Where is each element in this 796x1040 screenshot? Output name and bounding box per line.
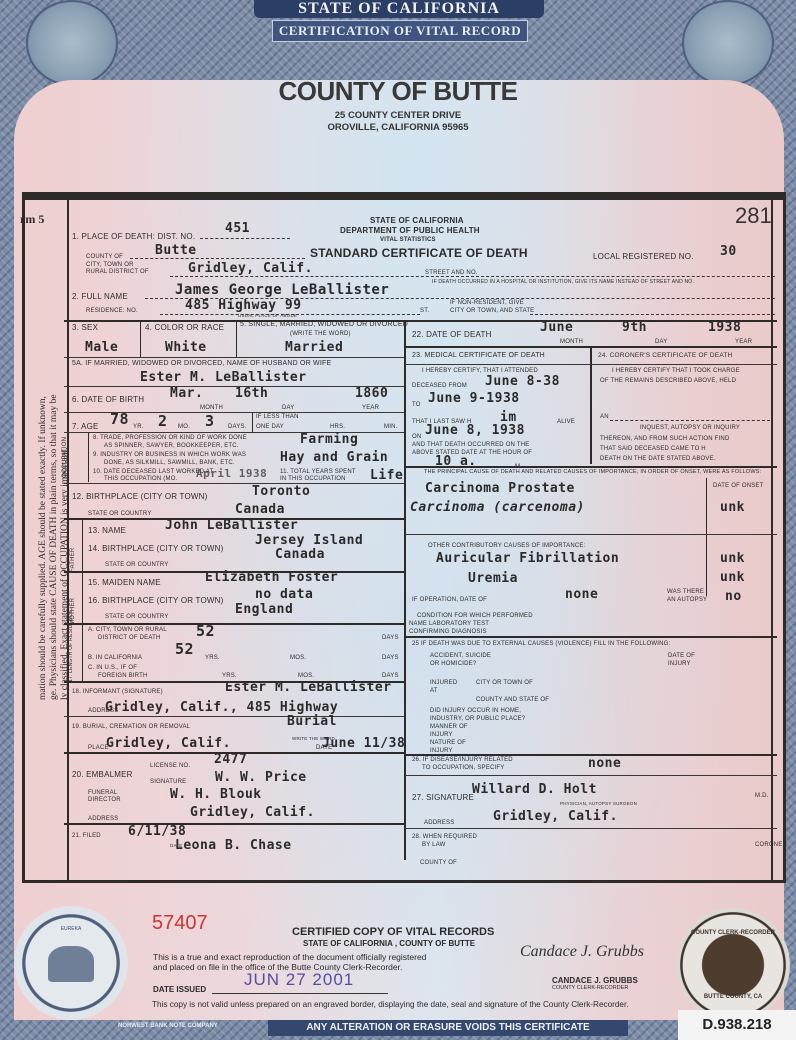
death-month: June <box>540 320 573 335</box>
state-label: STATE OF CALIFORNIA <box>370 216 464 225</box>
residence-length-side-label: 17. LENGTH OF RESIDENCE <box>68 610 74 682</box>
father-name: John LeBallister <box>165 518 298 533</box>
attended-from: June 8-38 <box>485 374 560 389</box>
residence-b-label: B. IN CALIFORNIA <box>88 655 142 661</box>
spouse-label: 5A. IF MARRIED, WIDOWED OR DIVORCED, NAM… <box>72 360 331 367</box>
occupation-side-label: OCCUPATION <box>62 437 68 478</box>
external-causes-label: 25 IF DEATH WAS DUE TO EXTERNAL CAUSES (… <box>412 641 670 647</box>
sex-label: 3. SEX <box>72 323 98 332</box>
other-causes-label: OTHER CONTRIBUTORY CAUSES OF IMPORTANCE: <box>428 543 585 549</box>
validity-notice: This copy is not valid unless prepared o… <box>152 1000 629 1009</box>
father-name-label: 13. NAME <box>88 526 126 535</box>
occupational-label-1: 26. IF DISEASE/INJURY RELATED <box>412 757 513 763</box>
age-years: 78 <box>110 410 129 428</box>
hospital-note: IF DEATH OCCURRED IN A HOSPITAL OR INSTI… <box>432 279 694 285</box>
accident-label-2: OR HOMICIDE? <box>430 661 476 667</box>
occurred-label-1: AND THAT DEATH OCCURRED ON THE <box>412 442 529 448</box>
age-days: 3 <box>205 412 215 430</box>
file-number: 281 <box>735 203 772 229</box>
law-label-2: BY LAW <box>422 842 446 848</box>
other-cause-1: Auricular Fibrillation <box>436 551 619 566</box>
informant-address: Gridley, Calif., 485 Highway <box>105 700 338 715</box>
occupational-value: none <box>588 756 621 771</box>
trade-value: Farming <box>300 432 358 447</box>
county-address-line2: OROVILLE, CALIFORNIA 95965 <box>0 122 796 133</box>
death-year-caption: YEAR <box>735 339 752 345</box>
document-id: D.938.218 <box>678 1010 796 1040</box>
filed-label: 21. FILED <box>72 833 101 839</box>
other-cause-2: Uremia <box>468 571 518 586</box>
spouse-value: Ester M. LeBallister <box>140 370 307 385</box>
sex-value: Male <box>85 340 118 355</box>
mo-caption: MO. <box>178 424 190 430</box>
onset-3: unk <box>720 570 745 585</box>
marital-label: 5. SINGLE, MARRIED, WIDOWED OR DIVORCED <box>240 321 408 328</box>
medical-certificate-title: 23. MEDICAL CERTIFICATE OF DEATH <box>412 352 545 359</box>
injury-county-label: COUNTY AND STATE OF <box>476 697 549 703</box>
residence-c-label-2: FOREIGN BIRTH <box>98 673 148 679</box>
county-address-line1: 25 COUNTY CENTER DRIVE <box>0 110 796 121</box>
physician-signature-label: 27. SIGNATURE <box>412 793 474 802</box>
city-label-1: CITY, TOWN OR <box>86 262 134 268</box>
residence-district-years: 52 <box>196 622 215 640</box>
physician-address-label: ADDRESS <box>424 820 454 826</box>
year-caption: YEAR <box>362 405 379 411</box>
attended-from-label: DECEASED FROM <box>412 383 467 389</box>
residence-a-label-1: A. CITY, TOWN OR RURAL <box>88 627 167 633</box>
physician-address: Gridley, Calif. <box>493 809 618 824</box>
burial-label: 19. BURIAL, CREMATION OR REMOVAL <box>72 724 190 730</box>
death-month-caption: MONTH <box>560 339 583 345</box>
residence-a-label-2: DISTRICT OF DEATH <box>98 635 161 641</box>
dob-year: 1860 <box>355 386 388 401</box>
one-day-label: ONE DAY <box>256 424 284 430</box>
last-saw-date: June 8, 1938 <box>425 423 525 438</box>
registrar-signature: Leona B. Chase <box>175 838 292 853</box>
burial-place: Gridley, Calif. <box>106 736 231 751</box>
law-county-label: COUNTY OF <box>420 860 457 866</box>
onset-2: unk <box>720 551 745 566</box>
clerk-signature: Candace J. Grubbs <box>520 943 644 961</box>
last-worked-label-2: THIS OCCUPATION (MO. <box>104 476 177 482</box>
coroner-line-2: OF THE REMAINS DESCRIBED ABOVE, HELD <box>600 378 736 384</box>
marital-value: Married <box>285 340 343 355</box>
full-name-value: James George LeBallister <box>175 282 389 298</box>
mother-name: Elizabeth Foster <box>205 570 338 585</box>
manner-label-2: INJURY <box>430 732 453 738</box>
hrs-caption: HRS. <box>330 424 345 430</box>
onset-1: unk <box>720 500 745 515</box>
operation-value: none <box>565 587 598 602</box>
dob-day: 16th <box>235 386 268 401</box>
father-side-label: FATHER <box>70 548 76 572</box>
years-label-1: 11. TOTAL YEARS SPENT <box>280 469 356 475</box>
condition-label: CONDITION FOR WHICH PERFORMED <box>417 613 533 619</box>
death-day-caption: DAY <box>655 339 668 345</box>
physician-signature: Willard D. Holt <box>472 782 597 797</box>
principal-cause-1: Carcinoma Prostate <box>425 481 575 496</box>
injury-where-label-1: DID INJURY OCCUR IN HOME, <box>430 708 521 714</box>
mos-caption-b: MOS. <box>290 655 306 661</box>
embalmer-label: 20. EMBALMER <box>72 770 133 779</box>
county-label: COUNTY OF <box>86 254 123 260</box>
occupational-label-2: TO OCCUPATION, SPECIFY <box>422 765 504 771</box>
county-clerk-seal-icon: COUNTY CLERK-RECORDER BUTTE COUNTY, CA <box>676 908 790 1022</box>
dept-label: DEPARTMENT OF PUBLIC HEALTH <box>340 226 480 235</box>
street-st-label: ST. <box>420 308 429 314</box>
local-registered-label: LOCAL REGISTERED NO. <box>593 252 694 261</box>
coroner-an-label: AN <box>600 414 609 420</box>
certificate-title: STANDARD CERTIFICATE OF DEATH <box>310 246 528 260</box>
filed-date: 6/11/38 <box>128 824 186 839</box>
yr-caption: YR. <box>133 424 144 430</box>
certified-subtitle: STATE OF CALIFORNIA , COUNTY OF BUTTE <box>303 939 475 948</box>
autopsy-label-2: AN AUTOPSY <box>667 597 707 603</box>
full-name-label: 2. FULL NAME <box>72 292 128 301</box>
certified-statement-1: This is a true and exact reproduction of… <box>153 952 426 962</box>
industry-label-1: 9. INDUSTRY OR BUSINESS IN WHICH WORK WA… <box>93 452 246 458</box>
lab-label-2: CONFIRMING DIAGNOSIS <box>409 629 487 635</box>
inquest-caption: INQUEST, AUTOPSY OR INQUIRY <box>640 425 740 431</box>
residence-california-years: 52 <box>175 640 194 658</box>
embalmer-license: 2477 <box>214 752 247 767</box>
month-caption: MONTH <box>200 405 223 411</box>
state-seal-icon: EUREKA <box>14 906 128 1020</box>
birthplace-label: 12. BIRTHPLACE (CITY OR TOWN) <box>72 492 207 501</box>
father-state-label: STATE OR COUNTRY <box>105 562 169 568</box>
place-of-death-label: 1. PLACE OF DEATH: DIST. NO. <box>72 232 195 241</box>
embalmer-signature: W. W. Price <box>215 770 307 785</box>
yrs-caption-b: YRS. <box>205 655 220 661</box>
coroner-title: 24. CORONER'S CERTIFICATE OF DEATH <box>598 352 732 359</box>
marital-sub: (WRITE THE WORD) <box>290 331 351 337</box>
alteration-warning: ANY ALTERATION OR ERASURE VOIDS THIS CER… <box>268 1020 628 1036</box>
city-value: Gridley, Calif. <box>188 261 313 276</box>
cert-banner: CERTIFICATION OF VITAL RECORD <box>272 20 528 42</box>
nonresident-label-1: IF NON-RESIDENT, GIVE <box>450 300 524 306</box>
md-caption: M.D. <box>755 793 768 799</box>
funeral-director-label-2: DIRECTOR <box>88 797 121 803</box>
funeral-address-label: ADDRESS <box>88 816 118 822</box>
funeral-address: Gridley, Calif. <box>190 805 315 820</box>
date-of-injury-label-1: DATE OF <box>668 653 695 659</box>
mos-caption-c: MOS. <box>298 673 314 679</box>
lab-label-1: NAME LABORATORY TEST <box>409 621 489 627</box>
coroner-line-3: THEREON, AND FROM SUCH ACTION FIND <box>600 436 729 442</box>
day-caption: DAY <box>282 405 295 411</box>
years-value: Life <box>370 468 403 483</box>
injured-label-2: AT <box>430 688 438 694</box>
industry-label-2: DONE, AS SILKMILL, SAWMILL, BANK, ETC. <box>104 460 235 466</box>
color-value: White <box>165 340 207 355</box>
state-banner: STATE OF CALIFORNIA <box>254 0 544 18</box>
days-caption: DAYS. <box>228 424 247 430</box>
autopsy-value: no <box>725 589 742 604</box>
accident-label-1: ACCIDENT, SUICIDE <box>430 653 491 659</box>
injured-label-1: INJURED <box>430 680 457 686</box>
county-title: COUNTY OF BUTTE <box>0 76 796 107</box>
days-caption-a: DAYS <box>382 635 399 641</box>
nonresident-label-2: CITY OR TOWN, AND STATE <box>450 308 534 314</box>
date-issued-label: DATE ISSUED <box>153 985 206 994</box>
rosette-left-icon <box>26 0 118 86</box>
father-birthplace-country: Canada <box>275 547 325 562</box>
residence-label: RESIDENCE: NO. <box>86 308 138 314</box>
clerk-title: COUNTY CLERK-RECORDER <box>552 985 628 991</box>
mother-birthplace-city: no data <box>255 587 313 602</box>
funeral-director-label-1: FUNERAL <box>88 790 117 796</box>
years-label-2: IN THIS OCCUPATION <box>280 476 346 482</box>
alive-label: ALIVE <box>557 419 575 425</box>
birthplace-country: Canada <box>235 502 285 517</box>
age-months: 2 <box>158 412 168 430</box>
form-number: rm 5 <box>20 212 44 227</box>
last-saw-on-label: ON <box>412 434 421 440</box>
residence-sub: USUAL PLACE OF ABODE <box>238 313 297 318</box>
autopsy-label-1: WAS THERE <box>667 589 704 595</box>
funeral-director: W. H. Blouk <box>170 787 262 802</box>
injury-where-label-2: INDUSTRY, OR PUBLIC PLACE? <box>430 716 525 722</box>
death-day: 9th <box>622 320 647 335</box>
industry-value: Hay and Grain <box>280 450 388 465</box>
mother-name-label: 15. MAIDEN NAME <box>88 578 161 587</box>
birthplace-state-label: STATE OR COUNTRY <box>88 511 152 517</box>
principal-cause-label: THE PRINCIPAL CAUSE OF DEATH AND RELATED… <box>424 469 761 475</box>
coroner-line-4: THAT SAID DECEASED CAME TO H <box>600 446 706 452</box>
manner-label-1: MANNER OF <box>430 724 468 730</box>
dob-label: 6. DATE OF BIRTH <box>72 395 144 404</box>
physician-caption: PHYSICIAN, AUTOPSY SURGEON <box>560 801 637 806</box>
principal-cause-2: Carcinoma (carcenoma) <box>410 500 585 515</box>
coroner-line-1: I HEREBY CERTIFY THAT I TOOK CHARGE <box>612 368 740 374</box>
attended-to: June 9-1938 <box>428 391 520 406</box>
age-label: 7. AGE <box>72 422 99 431</box>
local-registered-value: 30 <box>720 244 737 259</box>
city-label-2: RURAL DISTRICT OF <box>86 269 149 275</box>
burial-type: Burial <box>287 714 337 729</box>
district-number: 451 <box>225 221 250 236</box>
control-number: 57407 <box>152 912 208 935</box>
death-date-label: 22. DATE OF DEATH <box>412 330 492 339</box>
injury-city-label: CITY OR TOWN OF <box>476 680 533 686</box>
trade-label-1: 8. TRADE, PROFESSION OR KIND OF WORK DON… <box>93 435 247 441</box>
certified-title: CERTIFIED COPY OF VITAL RECORDS <box>292 926 494 938</box>
date-of-injury-label-2: INJURY <box>668 661 691 667</box>
coroner-line-5: DEATH ON THE DATE STATED ABOVE. <box>600 456 716 462</box>
mother-state-label: STATE OR COUNTRY <box>105 614 169 620</box>
informant-name: Ester M. LeBallister <box>225 680 392 695</box>
date-issued-stamp: JUN 27 2001 <box>244 970 354 990</box>
certificate-body <box>67 200 773 880</box>
death-year: 1938 <box>708 320 741 335</box>
yrs-caption-c: YRS. <box>222 673 237 679</box>
burial-date: June 11/38 <box>322 736 405 751</box>
clerk-name: CANDACE J. GRUBBS <box>552 976 638 985</box>
bank-note-imprint: NORWEST BANK NOTE COMPANY <box>118 1023 218 1029</box>
informant-label: 18. INFORMANT (SIGNATURE) <box>72 689 163 695</box>
law-label-1: 28. WHEN REQUIRED <box>412 834 477 840</box>
mother-birthplace-label: 16. BIRTHPLACE (CITY OR TOWN) <box>88 596 223 605</box>
rosette-right-icon <box>682 0 774 86</box>
days-caption-b: DAYS <box>382 655 399 661</box>
mother-birthplace-country: England <box>235 602 293 617</box>
embalmer-signature-label: SIGNATURE <box>150 779 186 785</box>
residence-value: 485 Highway 99 <box>185 298 302 313</box>
father-birthplace-label: 14. BIRTHPLACE (CITY OR TOWN) <box>88 544 223 553</box>
days-caption-c: DAYS <box>382 673 399 679</box>
dob-month: Mar. <box>170 386 203 401</box>
operation-label: IF OPERATION, DATE OF <box>412 597 487 603</box>
residence-c-label-1: C. IN U.S., IF OF <box>88 665 137 671</box>
license-label: LICENSE NO. <box>150 763 190 769</box>
less-than-day-label: IF LESS THAN <box>256 414 299 420</box>
father-birthplace-city: Jersey Island <box>255 533 363 548</box>
birthplace-city: Toronto <box>252 484 310 499</box>
vital-label: VITAL STATISTICS <box>380 237 436 243</box>
county-value: Butte <box>155 243 197 258</box>
attended-to-label: TO <box>412 402 421 408</box>
color-label: 4. COLOR OR RACE <box>145 323 224 332</box>
nature-label-1: NATURE OF <box>430 740 466 746</box>
trade-label-2: AS SPINNER, SAWYER, BOOKKEEPER, ETC. <box>104 443 239 449</box>
coroner-caption: CORONER <box>755 842 787 848</box>
last-worked-value: April 1938 <box>196 467 267 480</box>
onset-label: DATE OF ONSET <box>713 483 764 489</box>
min-caption: MIN. <box>384 424 397 430</box>
